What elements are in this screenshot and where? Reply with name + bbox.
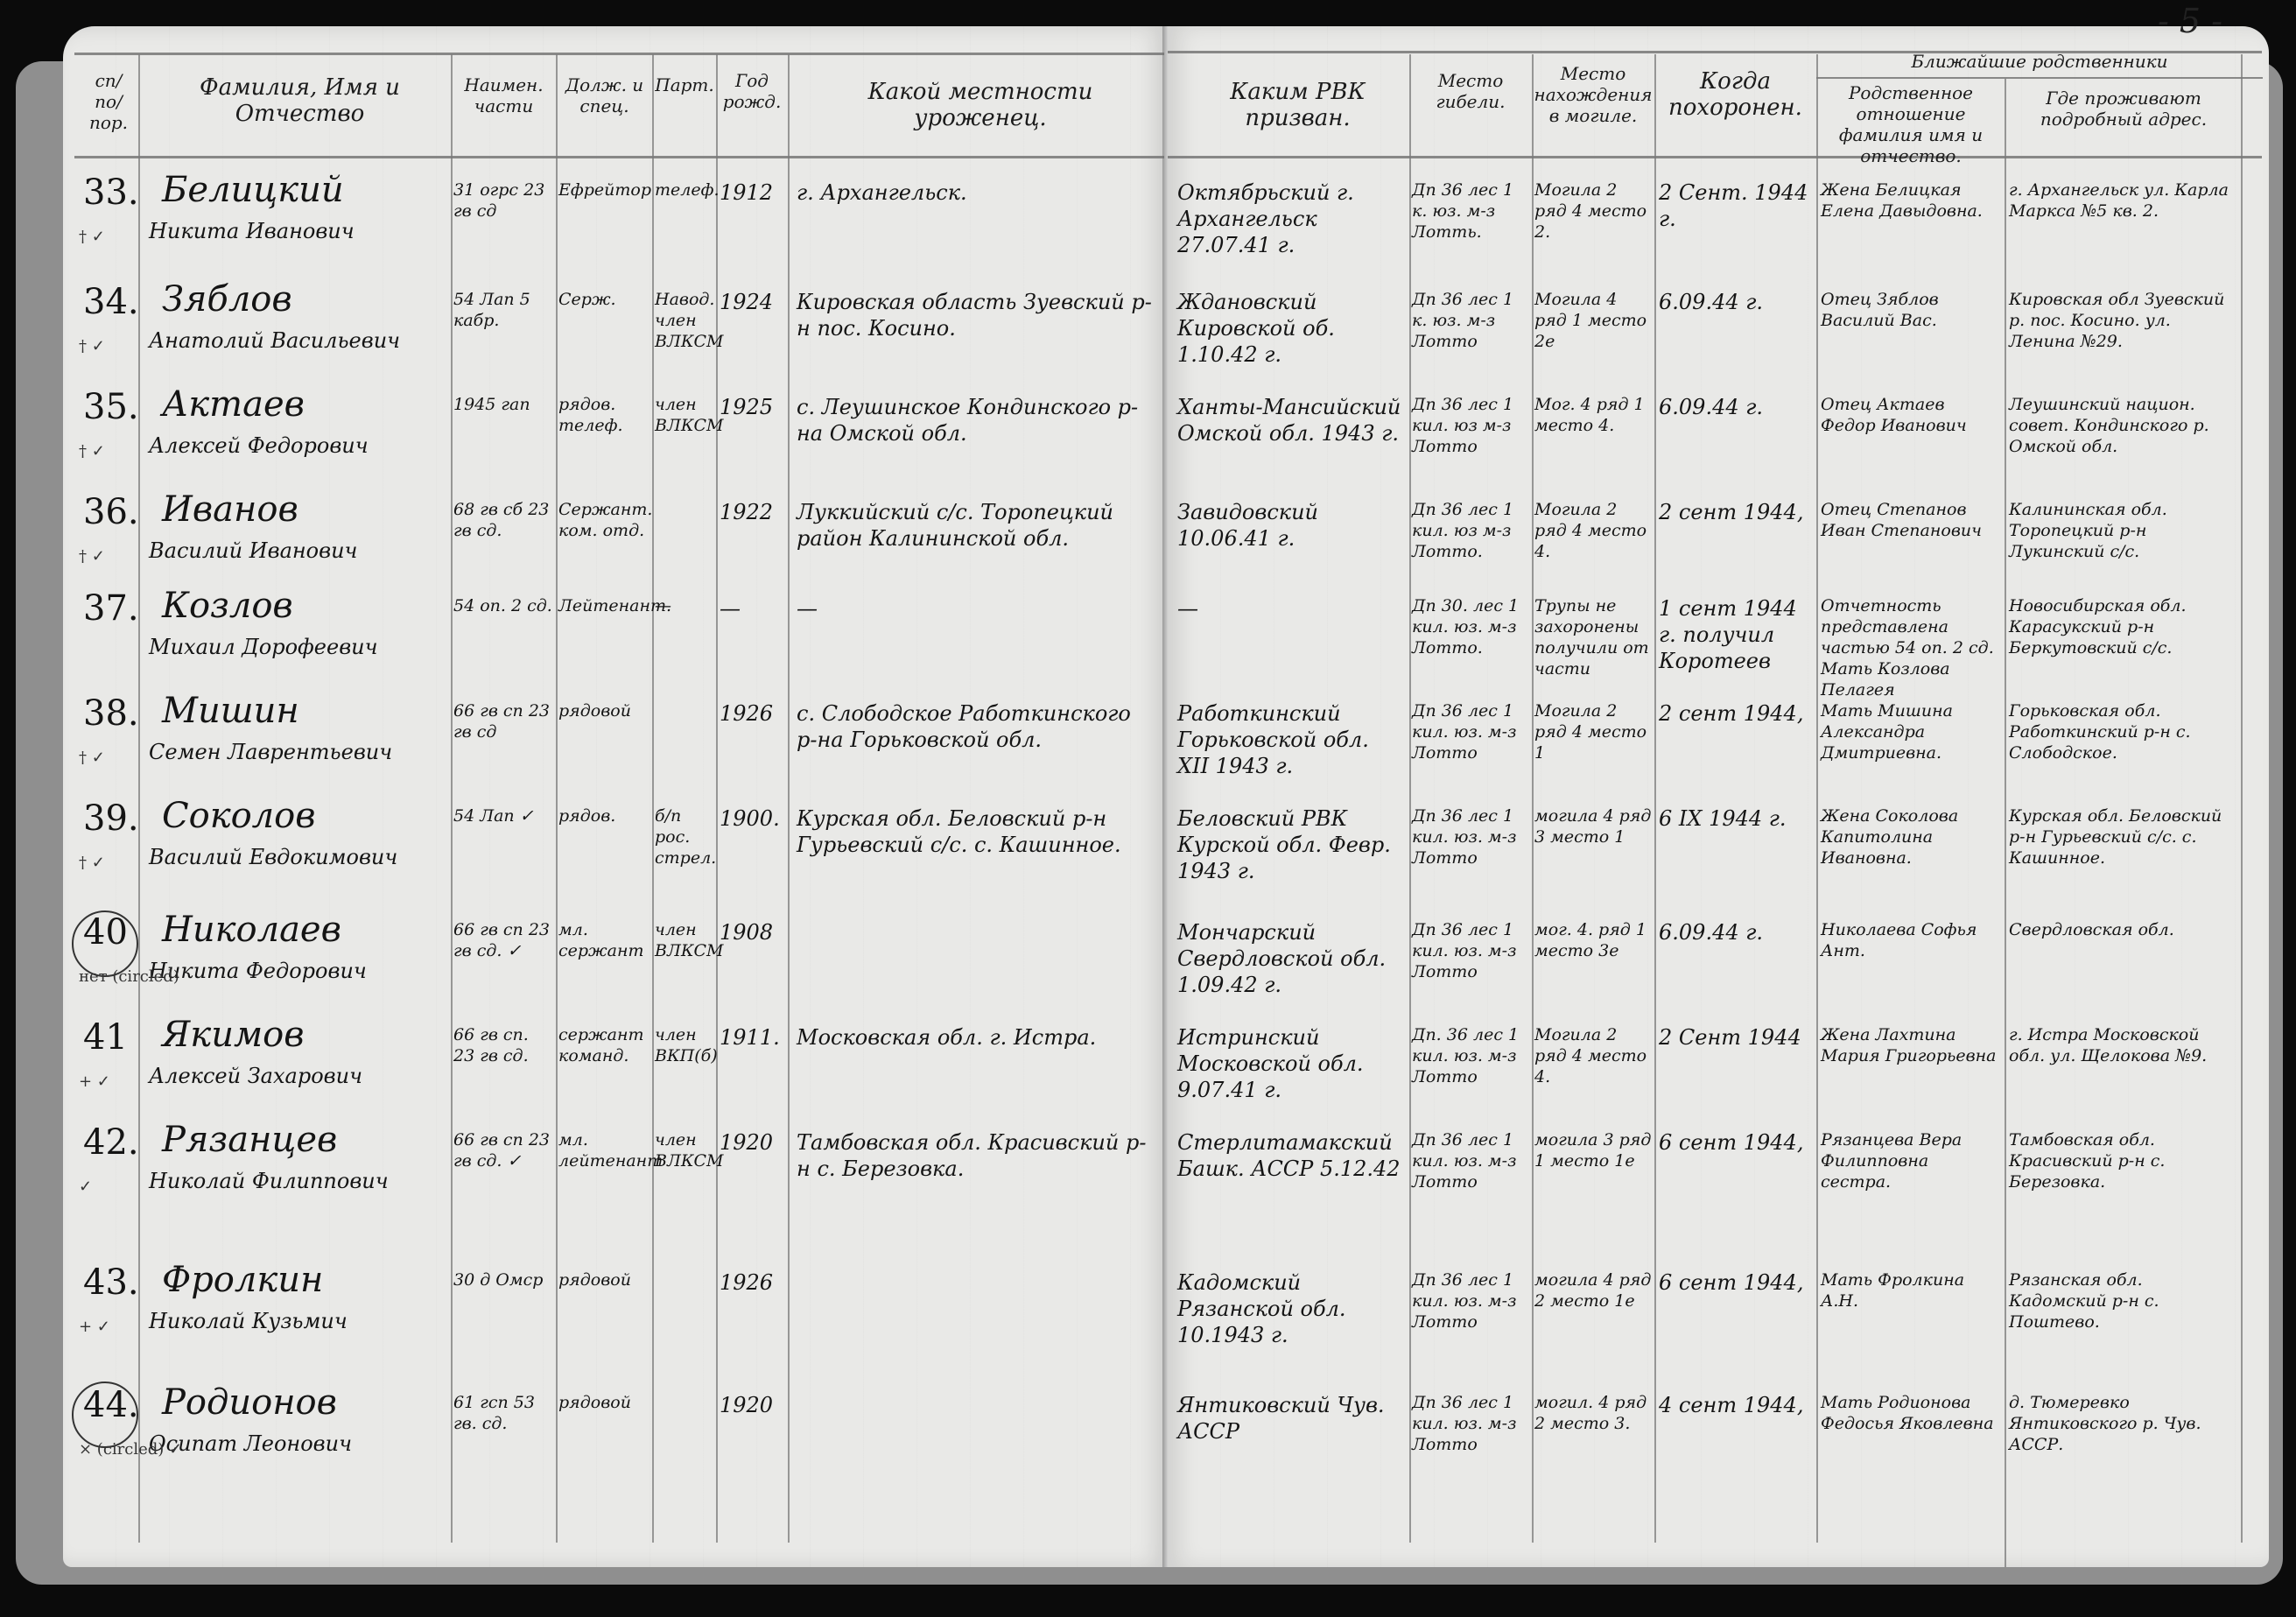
header-num: сп/ по/ пор.	[81, 70, 137, 133]
col-rule	[2241, 54, 2243, 1543]
cell-grave: могила 4 ряд 2 место 1е	[1534, 1269, 1653, 1311]
cell-year: 1920	[720, 1392, 788, 1418]
cell-num: 39.	[83, 805, 136, 832]
col-rule	[788, 54, 790, 1543]
cell-buried: 6.09.44 г.	[1659, 919, 1815, 946]
cell-unit: 68 гв сб 23 гв сд.	[453, 499, 554, 541]
col-rule	[1409, 54, 1411, 1543]
cell-year: 1926	[720, 700, 788, 727]
cell-buried: 6 IX 1944 г.	[1659, 805, 1815, 832]
cell-buried: 2 Сент 1944	[1659, 1024, 1815, 1051]
cell-given: Осипат Леонович	[149, 1431, 451, 1457]
cell-address: Калининская обл. Торопецкий р-н Лукински…	[2009, 499, 2238, 562]
cell-grave: Могила 4 ряд 1 место 2е	[1534, 289, 1653, 352]
cell-party: член ВКП(б)	[655, 1024, 714, 1066]
cell-rank: мл. сержант	[558, 919, 650, 961]
cell-surname: Рязанцев	[162, 1121, 451, 1159]
cell-unit: 30 д Омср	[453, 1269, 554, 1290]
header-rvk: Каким РВК призван.	[1190, 79, 1405, 131]
col-rule	[716, 54, 718, 1543]
cell-grave: могила 4 ряд 3 место 1	[1534, 805, 1653, 847]
cell-buried: 6.09.44 г.	[1659, 394, 1815, 420]
cell-birthplace: —	[797, 595, 1155, 622]
cell-relation: Отец Степанов Иван Степанович	[1821, 499, 2003, 541]
col-rule	[1532, 54, 1534, 1543]
cell-surname: Николаев	[162, 910, 451, 949]
cell-relation: Рязанцева Вера Филипповна сестра.	[1821, 1129, 2003, 1192]
header-name: Фамилия, Имя и Отчество	[153, 74, 446, 127]
cell-given: Никита Иванович	[149, 218, 451, 244]
cell-rvk: Стерлитамакский Башк. АССР 5.12.42	[1177, 1129, 1405, 1182]
cell-num: 38.	[83, 700, 136, 727]
cell-unit: 54 Лап 5 кабр.	[453, 289, 554, 331]
cell-relation: Отчетность представлена частью 54 оп. 2 …	[1821, 595, 2003, 700]
cell-num: 41	[83, 1024, 136, 1051]
cell-relation: Мать Фролкина А.Н.	[1821, 1269, 2003, 1311]
cell-given: Анатолий Васильевич	[149, 327, 451, 354]
header-relatives-group: Ближайшие родственники	[1821, 51, 2258, 72]
cell-party: член ВЛКСМ	[655, 919, 714, 961]
cell-grave: Могила 2 ряд 4 место 1	[1534, 700, 1653, 763]
cell-death-place: Дп 36 лес 1 к. юз. м-з Лотть.	[1412, 179, 1530, 243]
cell-year: 1920	[720, 1129, 788, 1156]
cell-grave: мог. 4. ряд 1 место 3е	[1534, 919, 1653, 961]
cell-party: телеф.	[655, 179, 714, 200]
cell-surname: Иванов	[162, 490, 451, 529]
cell-address: г. Архангельск ул. Карла Маркса №5 кв. 2…	[2009, 179, 2238, 221]
cell-rank: сержант команд.	[558, 1024, 650, 1066]
cell-rank: рядовой	[558, 700, 650, 721]
cell-death-place: Дп 36 лес 1 кил. юз м-з Лотто	[1412, 394, 1530, 457]
cell-rank: Серж.	[558, 289, 650, 310]
cell-num: 43.	[83, 1269, 136, 1296]
cell-num: 35.	[83, 394, 136, 420]
cell-rank: рядовой	[558, 1269, 650, 1290]
cell-address: Свердловская обл.	[2009, 919, 2238, 940]
cell-address: Рязанская обл. Кадомский р-н с. Поштево.	[2009, 1269, 2238, 1332]
cell-surname: Зяблов	[162, 280, 451, 319]
cell-party: член ВЛКСМ	[655, 394, 714, 436]
cell-birthplace: с. Слободское Работкинского р-на Горьков…	[797, 700, 1155, 753]
cell-surname: Мишин	[162, 692, 451, 730]
cell-rank: рядов.	[558, 805, 650, 826]
cell-birthplace: г. Архангельск.	[797, 179, 1155, 206]
cell-year: 1900.	[720, 805, 788, 832]
header-death-place: Место гибели.	[1411, 70, 1530, 112]
cell-rank: Сержант. ком. отд.	[558, 499, 650, 541]
cell-rvk: —	[1177, 595, 1405, 622]
cell-grave: могил. 4 ряд 2 место 3.	[1534, 1392, 1653, 1434]
cell-rvk: Истринский Московской обл. 9.07.41 г.	[1177, 1024, 1405, 1103]
cell-death-place: Дп 36 лес 1 кил. юз м-з Лотто.	[1412, 499, 1530, 562]
cell-given: Алексей Захарович	[149, 1063, 451, 1089]
cell-rvk: Янтиковский Чув. АССР	[1177, 1392, 1405, 1445]
cell-year: 1912	[720, 179, 788, 206]
cell-buried: 1 сент 1944 г. получил Коротеев	[1659, 595, 1815, 674]
cell-year: 1924	[720, 289, 788, 315]
page-number: - 5 -	[2158, 2, 2222, 40]
cell-buried: 4 сент 1944,	[1659, 1392, 1815, 1418]
checkmark-icon: † ✓	[79, 442, 105, 460]
cell-num: 42.	[83, 1129, 136, 1156]
cell-given: Никита Федорович	[149, 958, 451, 984]
cell-rvk: Работкинский Горьковской обл. XII 1943 г…	[1177, 700, 1405, 779]
cell-address: Кировская обл Зуевский р. пос. Косино. у…	[2009, 289, 2238, 352]
cell-unit: 61 гсп 53 гв. сд.	[453, 1392, 554, 1434]
cell-birthplace: Тамбовская обл. Красивский р-н с. Березо…	[797, 1129, 1155, 1182]
header-top-rule-left	[74, 53, 1164, 55]
cell-birthplace: с. Леушинское Кондинского р-на Омской об…	[797, 394, 1155, 446]
header-party: Парт.	[655, 74, 714, 95]
col-rule	[1654, 54, 1656, 1543]
cell-relation: Мать Родионова Федосья Яковлевна	[1821, 1392, 2003, 1434]
cell-address: Новосибирская обл. Карасукский р-н Берку…	[2009, 595, 2238, 658]
cell-relation: Отец Актаев Федор Иванович	[1821, 394, 2003, 436]
checkmark-icon: ✓	[79, 1178, 92, 1196]
cell-relation: Николаева Софья Ант.	[1821, 919, 2003, 961]
cell-given: Николай Кузьмич	[149, 1308, 451, 1334]
cell-rvk: Кадомский Рязанской обл. 10.1943 г.	[1177, 1269, 1405, 1348]
cell-unit: 66 гв сп. 23 гв сд.	[453, 1024, 554, 1066]
cell-rvk: Беловский РВК Курской обл. Февр. 1943 г.	[1177, 805, 1405, 884]
cell-rvk: Завидовский 10.06.41 г.	[1177, 499, 1405, 552]
col-rule	[1816, 54, 1818, 1543]
cell-unit: 54 оп. 2 сд.	[453, 595, 554, 616]
cell-year: —	[720, 595, 788, 622]
cell-grave: могила 3 ряд 1 место 1е	[1534, 1129, 1653, 1171]
cell-year: 1925	[720, 394, 788, 420]
cell-buried: 6 сент 1944,	[1659, 1129, 1815, 1156]
cell-rank: Лейтенант.	[558, 595, 650, 616]
cell-year: 1911.	[720, 1024, 788, 1051]
cell-address: г. Истра Московской обл. ул. Щелокова №9…	[2009, 1024, 2238, 1066]
cell-year: 1926	[720, 1269, 788, 1296]
cell-given: Алексей Федорович	[149, 432, 451, 459]
cell-address: Леушинский национ. совет. Кондинского р.…	[2009, 394, 2238, 457]
cell-unit: 1945 гап	[453, 394, 554, 415]
cell-address: Горьковская обл. Работкинский р-н с. Сло…	[2009, 700, 2238, 763]
header-bottom-rule-right	[1168, 156, 2262, 158]
header-unit: Наимен. части	[453, 74, 554, 116]
cell-surname: Козлов	[162, 587, 451, 625]
circle-mark-icon	[72, 1381, 138, 1448]
cell-buried: 2 сент 1944,	[1659, 700, 1815, 727]
cell-unit: 66 гв сп 23 гв сд	[453, 700, 554, 742]
cell-death-place: Дп 36 лес 1 кил. юз. м-з Лотто	[1412, 1392, 1530, 1455]
cell-birthplace: Луккийский с/с. Торопецкий район Калинин…	[797, 499, 1155, 552]
checkmark-icon: † ✓	[79, 337, 105, 355]
cell-rvk: Ханты-Мансийский Омской обл. 1943 г.	[1177, 394, 1405, 446]
checkmark-icon: † ✓	[79, 547, 105, 566]
cell-given: Михаил Дорофеевич	[149, 634, 451, 660]
cell-year: 1922	[720, 499, 788, 525]
cell-surname: Фролкин	[162, 1261, 451, 1299]
page-fold	[1162, 26, 1168, 1567]
cell-given: Семен Лаврентьевич	[149, 739, 451, 765]
cell-num: 36.	[83, 499, 136, 525]
cell-buried: 6.09.44 г.	[1659, 289, 1815, 315]
cell-party: б/п рос. стрел.	[655, 805, 714, 868]
col-rule	[556, 54, 558, 1543]
header-grave-position: Место нахождения в могиле.	[1534, 63, 1653, 126]
cell-death-place: Дп. 36 лес 1 кил. юз. м-з Лотто	[1412, 1024, 1530, 1087]
cell-surname: Соколов	[162, 797, 451, 835]
cell-surname: Белицкий	[162, 171, 451, 209]
col-rule	[652, 54, 654, 1543]
cell-surname: Родионов	[162, 1383, 451, 1422]
cell-address: д. Тюмеревко Янтиковского р. Чув. АССР.	[2009, 1392, 2238, 1455]
cell-grave: Мог. 4 ряд 1 место 4.	[1534, 394, 1653, 436]
header-address: Где проживают подробный адрес.	[2009, 88, 2238, 130]
cell-rank: мл. лейтенант	[558, 1129, 650, 1171]
cell-birthplace: Курская обл. Беловский р-н Гурьевский с/…	[797, 805, 1155, 858]
cell-rvk: Октябрьский г. Архангельск 27.07.41 г.	[1177, 179, 1405, 258]
cell-buried: 2 Сент. 1944 г.	[1659, 179, 1815, 232]
cell-surname: Актаев	[162, 385, 451, 424]
cell-unit: 31 огрс 23 гв сд	[453, 179, 554, 221]
checkmark-icon: † ✓	[79, 228, 105, 246]
circle-mark-icon	[72, 910, 138, 977]
cell-relation: Мать Мишина Александра Дмитриевна.	[1821, 700, 2003, 763]
cell-birthplace: Кировская область Зуевский р-н пос. Коси…	[797, 289, 1155, 341]
cell-num: 34.	[83, 289, 136, 315]
cell-buried: 2 сент 1944,	[1659, 499, 1815, 525]
checkmark-icon: † ✓	[79, 854, 105, 872]
col-rule	[451, 54, 453, 1543]
cell-death-place: Дп 36 лес 1 кил. юз. м-з Лотто	[1412, 700, 1530, 763]
cell-unit: 54 Лап ✓	[453, 805, 554, 826]
checkmark-icon: + ✓	[79, 1072, 110, 1091]
cell-grave: Могила 2 ряд 4 место 4.	[1534, 1024, 1653, 1087]
relatives-group-rule	[1816, 77, 2263, 79]
cell-rvk: Мончарский Свердловской обл. 1.09.42 г.	[1177, 919, 1405, 998]
cell-relation: Отец Зяблов Василий Вас.	[1821, 289, 2003, 331]
cell-rank: рядов. телеф.	[558, 394, 650, 436]
cell-relation: Жена Соколова Капитолина Ивановна.	[1821, 805, 2003, 868]
cell-buried: 6 сент 1944,	[1659, 1269, 1815, 1296]
cell-rvk: Ждановский Кировской об. 1.10.42 г.	[1177, 289, 1405, 368]
cell-given: Николай Филиппович	[149, 1168, 451, 1194]
cell-unit: 66 гв сп 23 гв сд. ✓	[453, 919, 554, 961]
cell-year: 1908	[720, 919, 788, 946]
cell-death-place: Дп 30. лес 1 кил. юз. м-з Лотто.	[1412, 595, 1530, 658]
cell-rank: рядовой	[558, 1392, 650, 1413]
cell-relation: Жена Белицкая Елена Давыдовна.	[1821, 179, 2003, 221]
cell-given: Василий Евдокимович	[149, 844, 451, 870]
cell-num: 33.	[83, 179, 136, 206]
cell-death-place: Дп 36 лес 1 кил. юз. м-з Лотто	[1412, 805, 1530, 868]
cell-relation: Жена Лахтина Мария Григорьевна	[1821, 1024, 2003, 1066]
cell-surname: Якимов	[162, 1016, 451, 1054]
cell-death-place: Дп 36 лес 1 кил. юз. м-з Лотто	[1412, 1129, 1530, 1192]
header-birth-year: Год рожд.	[718, 70, 786, 112]
header-birthplace: Какой местности уроженец.	[805, 79, 1155, 131]
header-relation: Родственное отношение фамилия имя и отче…	[1819, 82, 2003, 166]
cell-party: член ВЛКСМ	[655, 1129, 714, 1171]
cell-given: Василий Иванович	[149, 538, 451, 564]
checkmark-icon: + ✓	[79, 1318, 110, 1336]
checkmark-icon: † ✓	[79, 749, 105, 767]
cell-death-place: Дп 36 лес 1 кил. юз. м-з Лотто	[1412, 919, 1530, 982]
cell-address: Тамбовская обл. Красивский р-н с. Березо…	[2009, 1129, 2238, 1192]
cell-unit: 66 гв сп 23 гв сд. ✓	[453, 1129, 554, 1171]
cell-grave: Могила 2 ряд 4 место 2.	[1534, 179, 1653, 243]
cell-birthplace: Московская обл. г. Истра.	[797, 1024, 1155, 1051]
cell-death-place: Дп 36 лес 1 к. юз. м-з Лотто	[1412, 289, 1530, 352]
cell-grave: Могила 2 ряд 4 место 4.	[1534, 499, 1653, 562]
header-bottom-rule-left	[74, 156, 1164, 158]
header-buried-when: Когда похоронен.	[1659, 68, 1812, 121]
header-rank: Долж. и спец.	[558, 74, 650, 116]
cell-rank: Ефрейтор	[558, 179, 650, 200]
cell-death-place: Дп 36 лес 1 кил. юз. м-з Лотто	[1412, 1269, 1530, 1332]
cell-address: Курская обл. Беловский р-н Гурьевский с/…	[2009, 805, 2238, 868]
col-rule	[2005, 79, 2006, 1567]
cell-party: Навод. член ВЛКСМ	[655, 289, 714, 352]
cell-num: 37.	[83, 595, 136, 622]
cell-party: —	[655, 595, 714, 616]
cell-grave: Трупы не захоронены получили от части	[1534, 595, 1653, 679]
